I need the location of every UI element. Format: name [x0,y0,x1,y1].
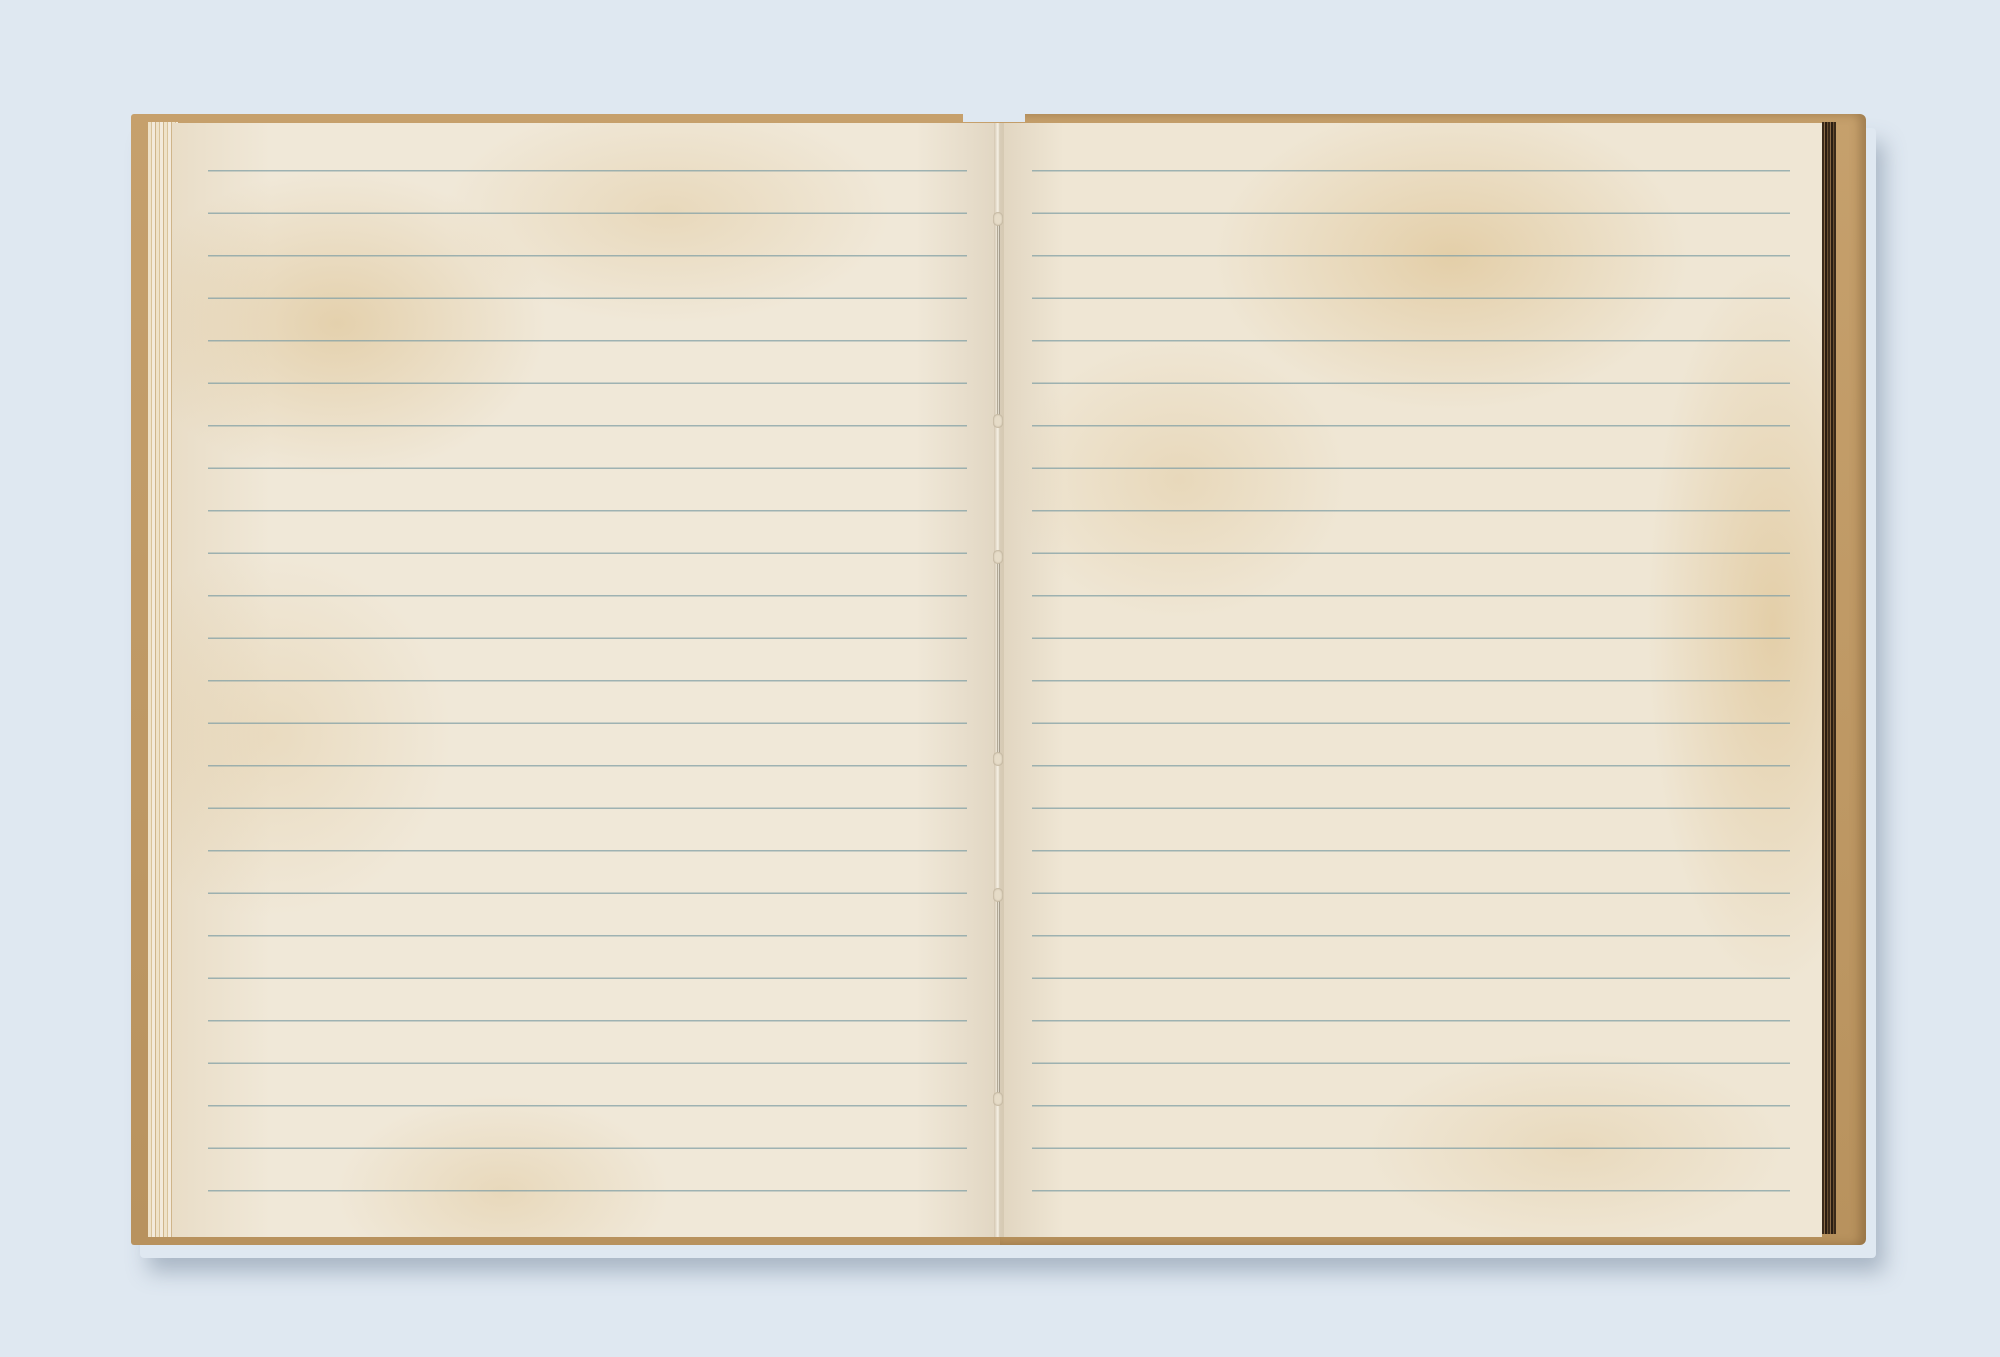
left-page [172,123,998,1237]
binding-thread [997,898,1000,1098]
stitch-knot [993,550,1003,564]
stitch-knot [993,1092,1003,1106]
stitch-knot [993,212,1003,226]
stitch-knot [993,888,1003,902]
binding-thread [997,560,1000,760]
notebook-photo: Open vintage blank lined notebook on lig… [0,0,2000,1357]
left-page-ruled-lines [208,170,967,1200]
stitch-knot [993,752,1003,766]
cover-spine-notch [963,112,1025,122]
binding-thread [997,220,1000,420]
right-page [998,123,1822,1237]
stitch-knot [993,414,1003,428]
right-page-stack-edges [1822,122,1836,1234]
right-page-ruled-lines [1032,170,1790,1200]
